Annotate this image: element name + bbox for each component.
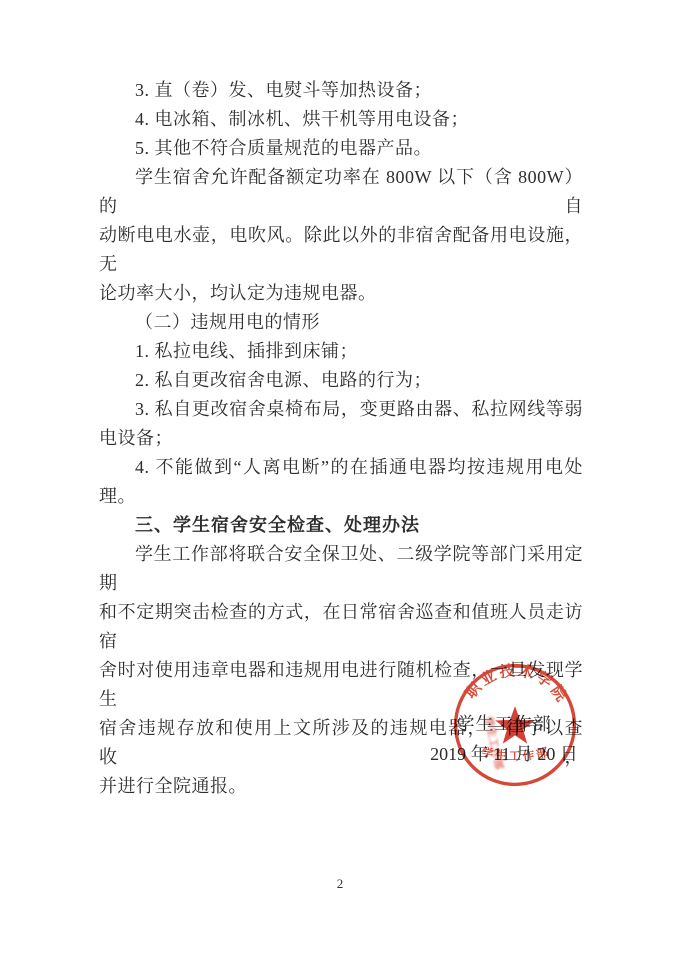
text-line: 论功率大小，均认定为违规电器。 [99,279,583,308]
text-line: 并进行全院通报。 [99,772,583,801]
text-line: 1. 私拉电线、插排到床铺； [99,337,583,366]
document-body: 3. 直（卷）发、电熨斗等加热设备；4. 电冰箱、制冰机、烘干机等用电设备；5.… [99,76,583,801]
text-line: 舍时对使用违章电器和违规用电进行随机检查，一旦发现学生 [99,656,583,714]
text-line: 动断电电水壶，电吹风。除此以外的非宿舍配备用电设施，无 [99,221,583,279]
signature-date: 2019 年 11 月 20 日 [384,744,624,764]
text-line: 3. 直（卷）发、电熨斗等加热设备； [99,76,583,105]
text-line: 三、学生宿舍安全检查、处理办法 [99,511,583,540]
signature-department: 学生工作部 [384,714,624,734]
text-line: 3. 私自更改宿舍桌椅布局，变更路由器、私拉网线等弱 [99,395,583,424]
text-line: 2. 私自更改宿舍电源、电路的行为； [99,366,583,395]
signature-block: 学生工作部 2019 年 11 月 20 日 [384,712,624,772]
document-page: 3. 直（卷）发、电熨斗等加热设备；4. 电冰箱、制冰机、烘干机等用电设备；5.… [0,0,680,962]
text-line: 4. 不能做到“人离电断”的在插通电器均按违规用电处 [99,453,583,482]
text-line: 电设备； [99,424,583,453]
page-number: 2 [0,876,680,892]
text-line: 和不定期突击检查的方式，在日常宿舍巡查和值班人员走访宿 [99,598,583,656]
text-line: 4. 电冰箱、制冰机、烘干机等用电设备； [99,105,583,134]
text-line: 理。 [99,482,583,511]
text-line: 学生宿舍允许配备额定功率在 800W 以下（含 800W）的自 [99,163,583,221]
text-line: 学生工作部将联合安全保卫处、二级学院等部门采用定期 [99,540,583,598]
text-line: （二）违规用电的情形 [99,308,583,337]
text-line: 5. 其他不符合质量规范的电器产品。 [99,134,583,163]
